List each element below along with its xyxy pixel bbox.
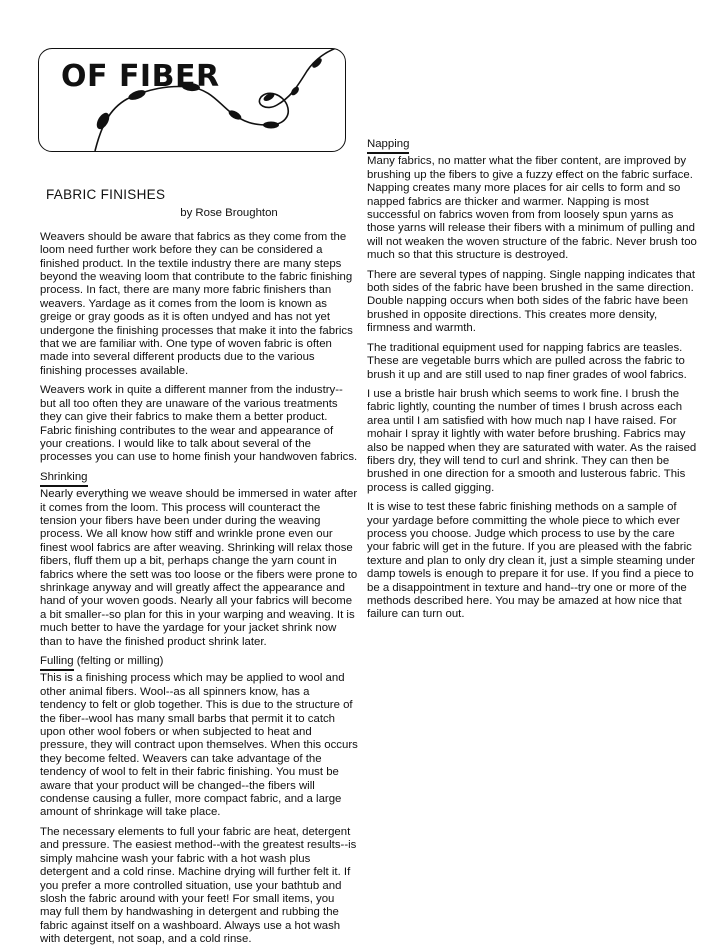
article-title: FABRIC FINISHES [46, 188, 358, 201]
fulling-paragraph: The necessary elements to full your fabr… [40, 826, 358, 946]
section-heading-shrinking: Shrinking [40, 471, 358, 487]
intro-paragraph: Weavers should be aware that fabrics as … [40, 231, 358, 378]
right-column: Napping Many fabrics, no matter what the… [367, 138, 699, 628]
heading-text: Shrinking [40, 471, 88, 487]
heading-subtitle: (felting or milling) [74, 655, 164, 667]
heading-text: Fulling [40, 655, 74, 671]
napping-paragraph: There are several types of napping. Sing… [367, 269, 699, 336]
section-heading-fulling: Fulling (felting or milling) [40, 655, 358, 671]
yarn-strand-icon [39, 49, 345, 151]
closing-paragraph: It is wise to test these fabric finishin… [367, 501, 699, 622]
byline: by Rose Broughton [100, 207, 358, 220]
intro-paragraph: Weavers work in quite a different manner… [40, 384, 358, 464]
left-column: FABRIC FINISHES by Rose Broughton Weaver… [40, 188, 358, 946]
section-heading-napping: Napping [367, 138, 699, 154]
napping-paragraph: The traditional equipment used for nappi… [367, 342, 699, 382]
heading-text: Napping [367, 138, 409, 154]
napping-paragraph: Many fabrics, no matter what the fiber c… [367, 155, 699, 262]
shrinking-paragraph: Nearly everything we weave should be imm… [40, 488, 358, 649]
napping-paragraph: I use a bristle hair brush which seems t… [367, 388, 699, 495]
fulling-paragraph: This is a finishing process which may be… [40, 672, 358, 819]
of-fiber-banner: OF FIBER [38, 48, 346, 152]
